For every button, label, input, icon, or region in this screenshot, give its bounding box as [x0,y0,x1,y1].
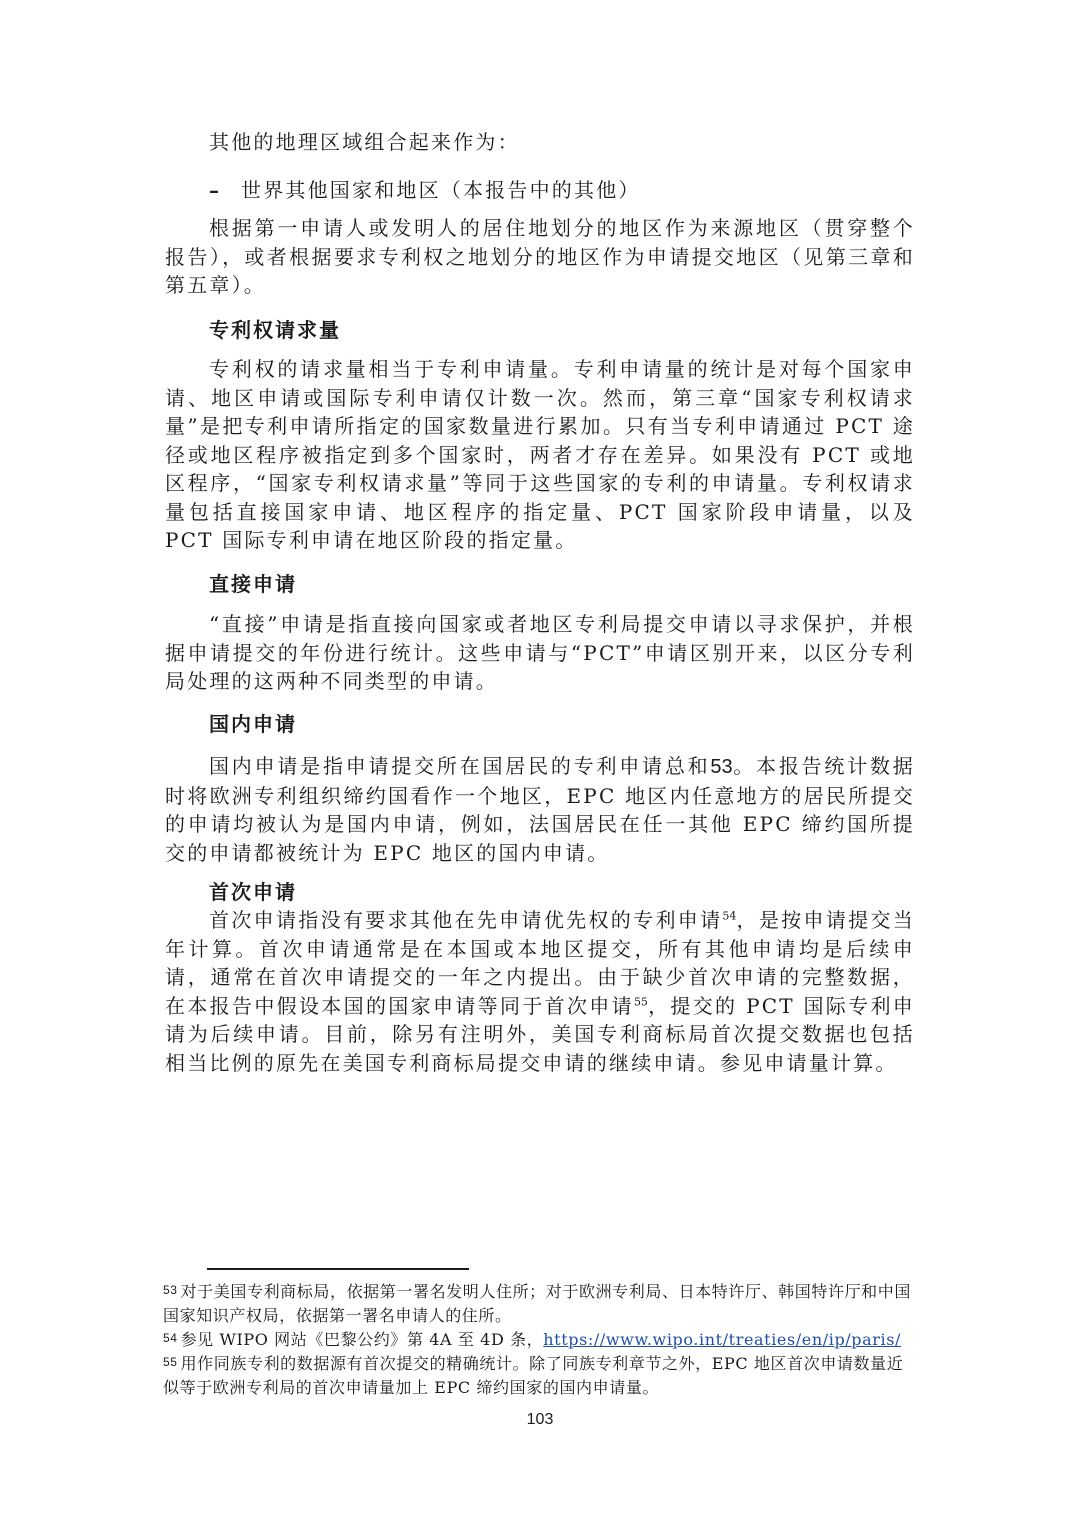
text-segment: 国内申请是指申请提交所在国居民的专利申请总和 [209,754,710,778]
footnote-text: 用作同族专利的数据源有首次提交的精确统计。除了同族专利章节之外，EPC 地区首次… [163,1354,903,1397]
intro-line: 其他的地理区域组合起来作为： [165,128,915,157]
footnote-number: 53 [163,1283,178,1297]
page-number: 103 [0,1411,1080,1429]
paragraph-origin: 根据第一申请人或发明人的居住地划分的地区作为来源地区（贯穿整个报告），或者根据要… [165,214,915,300]
footnote-55: 55用作同族专利的数据源有首次提交的精确统计。除了同族专利章节之外，EPC 地区… [163,1351,915,1399]
paragraph-direct-filing: “直接”申请是指直接向国家或者地区专利局提交申请以寻求保护，并根据申请提交的年份… [165,610,915,696]
paragraph-domestic-filing: 国内申请是指申请提交所在国居民的专利申请总和53。本报告统计数据时将欧洲专利组织… [165,752,915,867]
footnote-divider [207,1268,469,1270]
section-heading-first-filing: 首次申请 [209,876,297,905]
dash-bullet-icon: – [209,178,241,202]
footnote-text: 参见 WIPO 网站《巴黎公约》第 4A 至 4D 条， [181,1330,544,1349]
paragraph-patent-requests: 专利权的请求量相当于专利申请量。专利申请量的统计是对每个国家申请、地区申请或国际… [165,355,915,555]
section-heading-direct-filing: 直接申请 [209,568,297,597]
footnote-text: 对于美国专利商标局，依据第一署名发明人住所；对于欧洲专利局、日本特许厅、韩国特许… [163,1282,911,1325]
text-segment: 首次申请指没有要求其他在先申请优先权的专利申请 [209,908,722,932]
section-heading-patent-requests: 专利权请求量 [209,314,341,343]
footnote-ref-55[interactable]: 55 [634,995,648,1008]
footnote-54: 54参见 WIPO 网站《巴黎公约》第 4A 至 4D 条，https://ww… [163,1327,915,1352]
paragraph-first-filing: 首次申请指没有要求其他在先申请优先权的专利申请54，是按申请提交当年计算。首次申… [165,906,915,1077]
section-heading-domestic-filing: 国内申请 [209,708,297,737]
wipo-paris-link[interactable]: https://www.wipo.int/treaties/en/ip/pari… [543,1330,901,1349]
footnote-number: 54 [163,1331,178,1345]
footnote-number: 55 [163,1355,178,1369]
bullet-text: 世界其他国家和地区（本报告中的其他） [241,178,641,202]
footnote-53: 53对于美国专利商标局，依据第一署名发明人住所；对于欧洲专利局、日本特许厅、韩国… [163,1279,915,1327]
footnote-ref-54[interactable]: 54 [722,909,736,922]
footnote-ref-53[interactable]: 53 [710,756,732,778]
bullet-item: –世界其他国家和地区（本报告中的其他） [209,174,641,203]
document-page: 其他的地理区域组合起来作为： –世界其他国家和地区（本报告中的其他） 根据第一申… [0,0,1080,1528]
